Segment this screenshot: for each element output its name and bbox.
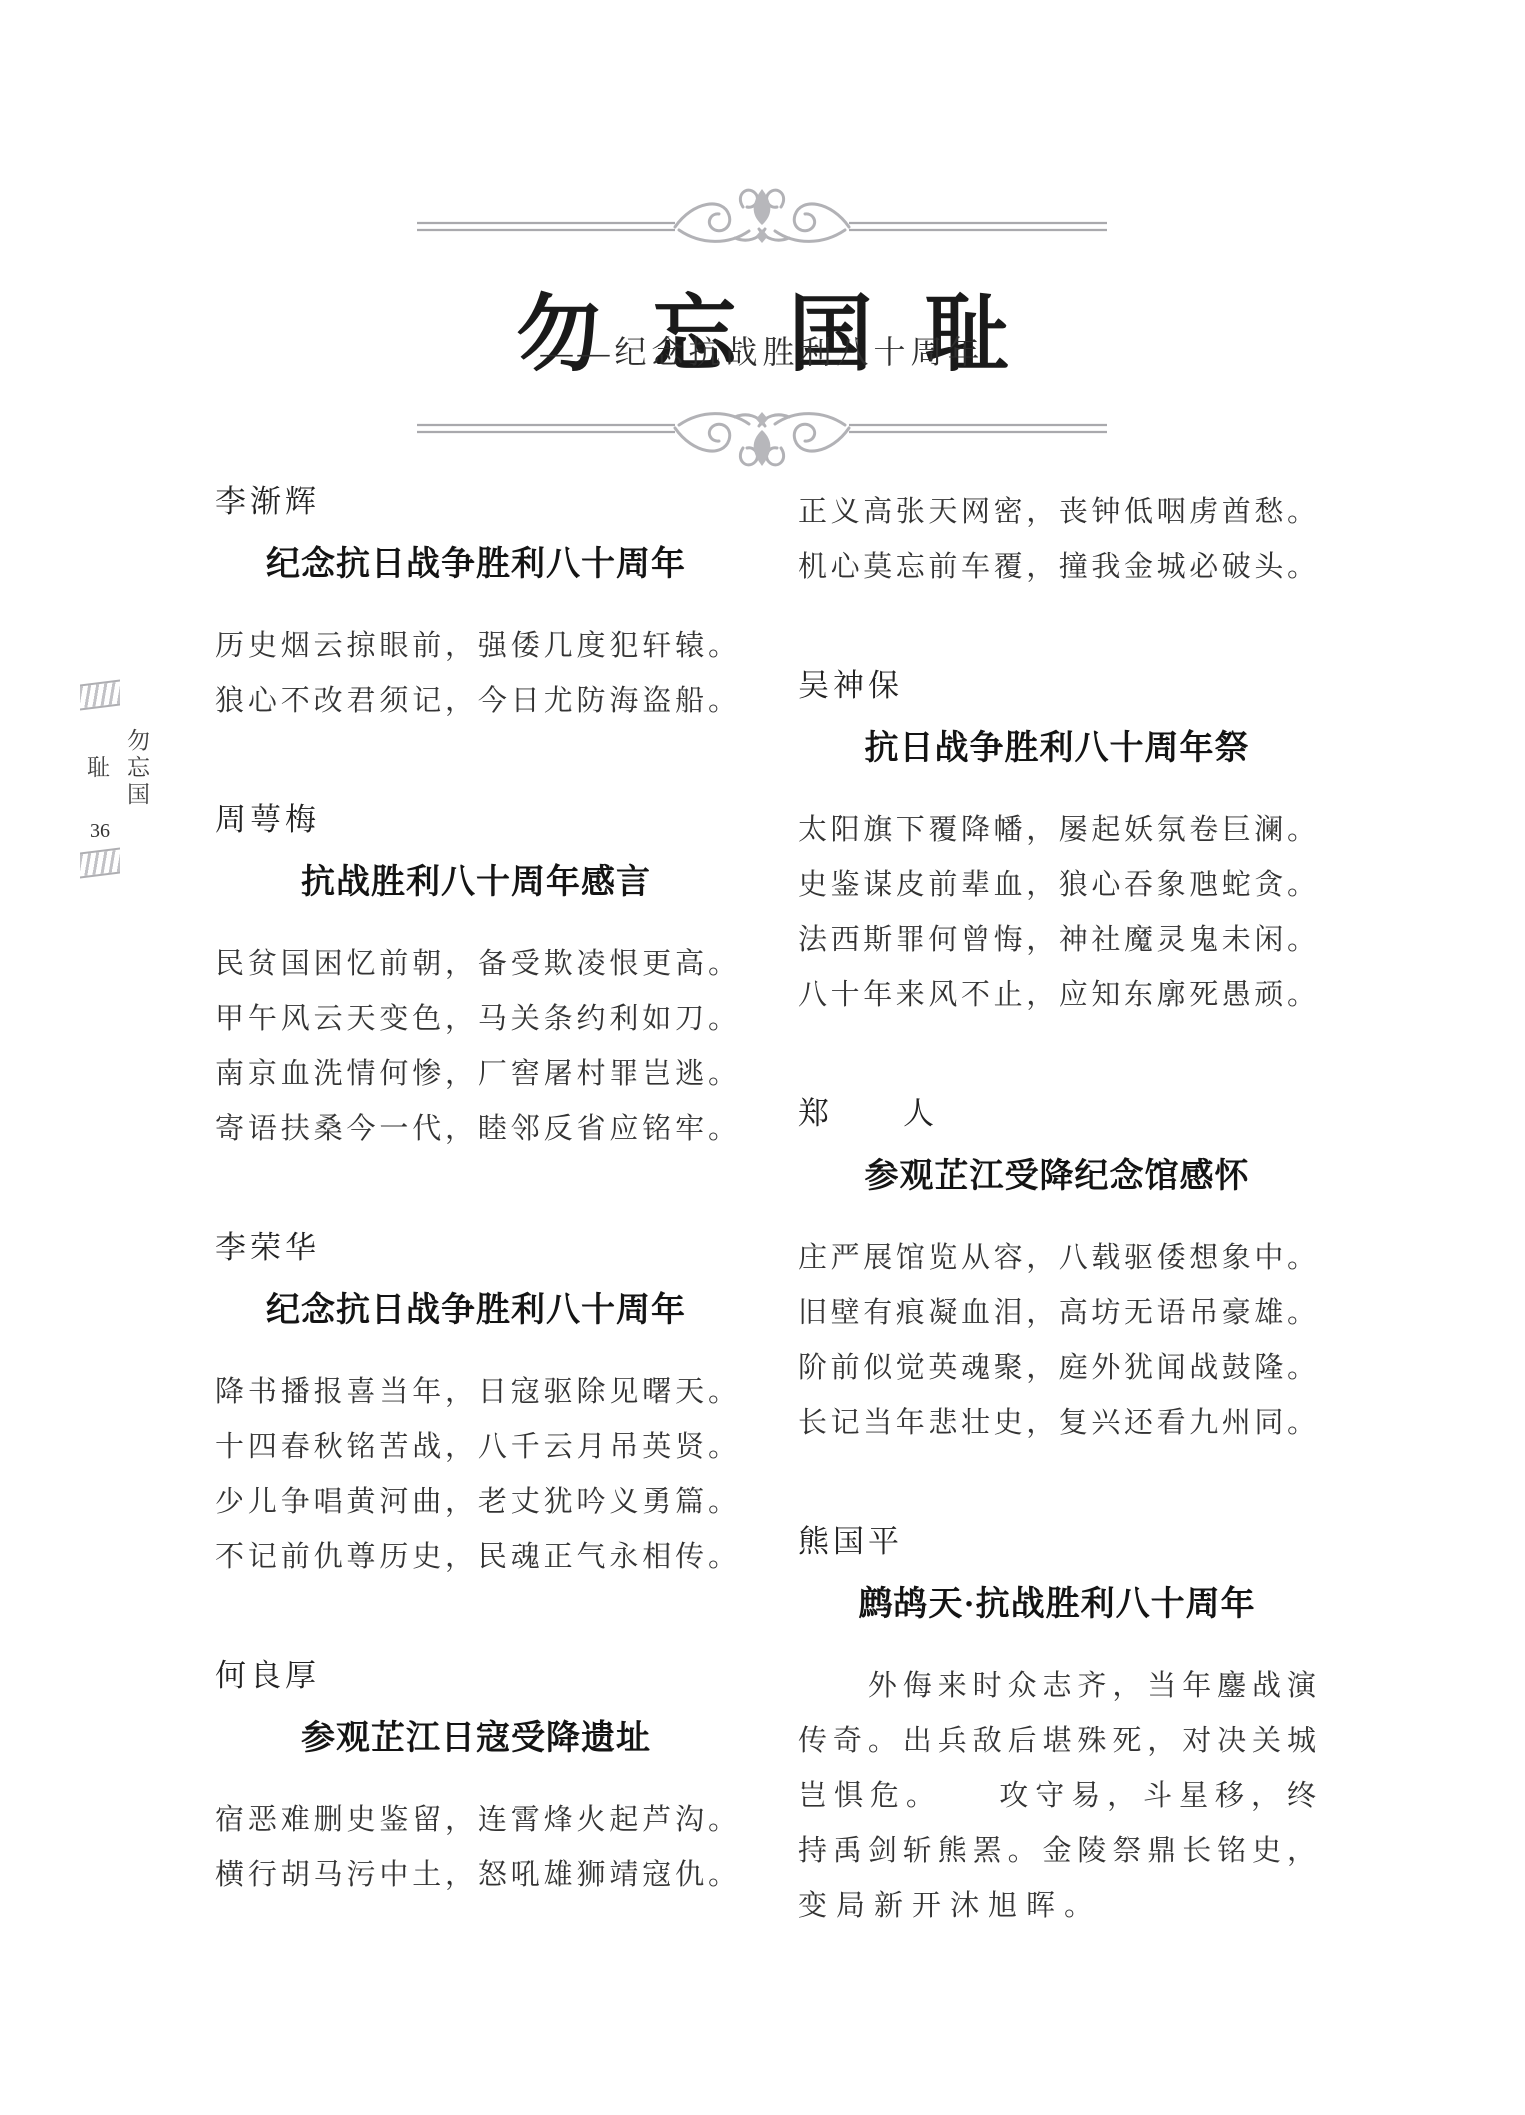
poem-lines: 民贫国困忆前朝，备受欺凌恨更高。甲午风云天变色，马关条约利如刀。南京血洗情何惨，…	[215, 937, 737, 1157]
poem-lines: 正义高张天网密，丧钟低咽虏酋愁。机心莫忘前车覆，撞我金城必破头。	[798, 485, 1316, 595]
column-left: 李渐辉纪念抗日战争胜利八十周年历史烟云掠眼前，强倭几度犯轩辕。狼心不改君须记，今…	[215, 455, 737, 1975]
poem-line: 甲午风云天变色，马关条约利如刀。	[215, 992, 737, 1047]
poem-author: 郑 人	[798, 1095, 1316, 1133]
poem-line: 法西斯罪何曾悔，神社魔灵鬼未闲。	[798, 913, 1316, 968]
book-page: 勿忘国耻 ——纪念抗战胜利八十周年 勿忘国耻 36	[0, 0, 1525, 2115]
poem-author: 何良厚	[215, 1657, 737, 1695]
page-number: 36	[76, 820, 124, 842]
poem-line: 岂惧危。 攻守易，斗星移，终	[798, 1769, 1316, 1824]
poem-block: 何良厚参观芷江日寇受降遗址宿恶难删史鉴留，连霄烽火起芦沟。横行胡马污中土，怒吼雄…	[215, 1657, 737, 1903]
poem-title: 纪念抗日战争胜利八十周年	[215, 541, 737, 589]
poem-line: 长记当年悲壮史，复兴还看九州同。	[798, 1396, 1316, 1451]
scroll-cap-icon	[80, 680, 120, 711]
poem-line: 太阳旗下覆降幡，屡起妖氛卷巨澜。	[798, 803, 1316, 858]
poem-line: 变局新开沐旭晖。	[798, 1879, 1316, 1934]
poem-block: 吴神保抗日战争胜利八十周年祭太阳旗下覆降幡，屡起妖氛卷巨澜。史鉴谋皮前辈血，狼心…	[798, 667, 1316, 1023]
poem-title: 参观芷江日寇受降遗址	[215, 1715, 737, 1763]
poem-title: 纪念抗日战争胜利八十周年	[215, 1287, 737, 1335]
poem-line: 不记前仇尊历史，民魂正气永相传。	[215, 1530, 737, 1585]
poem-line: 历史烟云掠眼前，强倭几度犯轩辕。	[215, 619, 737, 674]
poem-block: 周萼梅抗战胜利八十周年感言民贫国困忆前朝，备受欺凌恨更高。甲午风云天变色，马关条…	[215, 801, 737, 1157]
poem-author: 熊国平	[798, 1523, 1316, 1561]
poem-line: 八十年来风不止，应知东廓死愚顽。	[798, 968, 1316, 1023]
poem-author: 李荣华	[215, 1229, 737, 1267]
poem-line: 民贫国困忆前朝，备受欺凌恨更高。	[215, 937, 737, 992]
page-subtitle: ——纪念抗战胜利八十周年	[0, 330, 1525, 374]
poem-lines: 庄严展馆览从容，八载驱倭想象中。旧壁有痕凝血泪，高坊无语吊豪雄。阶前似觉英魂聚，…	[798, 1231, 1316, 1451]
poem-continuation-block: 正义高张天网密，丧钟低咽虏酋愁。机心莫忘前车覆，撞我金城必破头。	[798, 485, 1316, 595]
poem-line: 少儿争唱黄河曲，老丈犹吟义勇篇。	[215, 1475, 737, 1530]
poem-lines: 太阳旗下覆降幡，屡起妖氛卷巨澜。史鉴谋皮前辈血，狼心吞象虺蛇贪。法西斯罪何曾悔，…	[798, 803, 1316, 1023]
margin-section-label: 勿忘国耻	[76, 716, 156, 820]
poem-block: 熊国平鹧鸪天·抗战胜利八十周年 外侮来时众志齐，当年鏖战演传奇。出兵敌后堪殊死，…	[798, 1523, 1316, 1934]
poem-line: 阶前似觉英魂聚，庭外犹闻战鼓隆。	[798, 1341, 1316, 1396]
column-right: 正义高张天网密，丧钟低咽虏酋愁。机心莫忘前车覆，撞我金城必破头。吴神保抗日战争胜…	[798, 455, 1316, 2006]
poem-line: 十四春秋铭苦战，八千云月吊英贤。	[215, 1420, 737, 1475]
poem-lines: 外侮来时众志齐，当年鏖战演传奇。出兵敌后堪殊死，对决关城岂惧危。 攻守易，斗星移…	[798, 1659, 1316, 1934]
ornament-divider-top	[417, 183, 1107, 267]
poem-line: 南京血洗情何惨，厂窖屠村罪岂逃。	[215, 1047, 737, 1102]
poem-author: 周萼梅	[215, 801, 737, 839]
poem-line: 正义高张天网密，丧钟低咽虏酋愁。	[798, 485, 1316, 540]
poem-line: 传奇。出兵敌后堪殊死，对决关城	[798, 1714, 1316, 1769]
poem-line: 宿恶难删史鉴留，连霄烽火起芦沟。	[215, 1793, 737, 1848]
poem-title: 参观芷江受降纪念馆感怀	[798, 1153, 1316, 1201]
poem-line: 寄语扶桑今一代，睦邻反省应铭牢。	[215, 1102, 737, 1157]
scroll-cap-icon	[80, 848, 120, 879]
margin-scroll-tab: 勿忘国耻 36	[76, 682, 124, 862]
poem-line: 外侮来时众志齐，当年鏖战演	[798, 1659, 1316, 1714]
poem-block: 郑 人参观芷江受降纪念馆感怀庄严展馆览从容，八载驱倭想象中。旧壁有痕凝血泪，高坊…	[798, 1095, 1316, 1451]
poem-author: 李渐辉	[215, 483, 737, 521]
poem-line: 降书播报喜当年，日寇驱除见曙天。	[215, 1365, 737, 1420]
poem-title: 抗日战争胜利八十周年祭	[798, 725, 1316, 773]
poem-line: 庄严展馆览从容，八载驱倭想象中。	[798, 1231, 1316, 1286]
poem-line: 史鉴谋皮前辈血，狼心吞象虺蛇贪。	[798, 858, 1316, 913]
poem-line: 旧壁有痕凝血泪，高坊无语吊豪雄。	[798, 1286, 1316, 1341]
poem-block: 李渐辉纪念抗日战争胜利八十周年历史烟云掠眼前，强倭几度犯轩辕。狼心不改君须记，今…	[215, 483, 737, 729]
poem-author: 吴神保	[798, 667, 1316, 705]
poem-block: 李荣华纪念抗日战争胜利八十周年降书播报喜当年，日寇驱除见曙天。十四春秋铭苦战，八…	[215, 1229, 737, 1585]
poem-line: 横行胡马污中土，怒吼雄狮靖寇仇。	[215, 1848, 737, 1903]
poem-line: 狼心不改君须记，今日尤防海盗船。	[215, 674, 737, 729]
poem-lines: 降书播报喜当年，日寇驱除见曙天。十四春秋铭苦战，八千云月吊英贤。少儿争唱黄河曲，…	[215, 1365, 737, 1585]
poem-line: 机心莫忘前车覆，撞我金城必破头。	[798, 540, 1316, 595]
poem-lines: 历史烟云掠眼前，强倭几度犯轩辕。狼心不改君须记，今日尤防海盗船。	[215, 619, 737, 729]
poem-title: 抗战胜利八十周年感言	[215, 859, 737, 907]
poem-title: 鹧鸪天·抗战胜利八十周年	[798, 1581, 1316, 1629]
poem-lines: 宿恶难删史鉴留，连霄烽火起芦沟。横行胡马污中土，怒吼雄狮靖寇仇。	[215, 1793, 737, 1903]
poem-line: 持禹剑斩熊罴。金陵祭鼎长铭史，	[798, 1824, 1316, 1879]
